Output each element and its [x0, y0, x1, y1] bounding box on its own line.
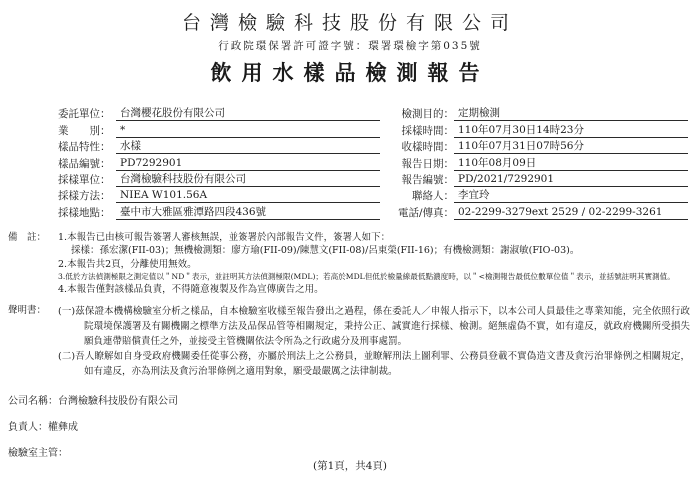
field-label: 樣品編號： — [58, 156, 116, 171]
signature-lab-manager: 檢驗室主管： — [8, 444, 700, 459]
report-header: 台灣檢驗科技股份有限公司 行政院環保署許可證字號：環署環檢字第035號 飲用水樣… — [0, 0, 700, 87]
field-sample-type: 樣品特性： 水樣 — [58, 138, 380, 154]
field-value: 臺中市大雅區雅潭路四段436號 — [116, 205, 380, 220]
field-label: 採樣時間： — [394, 123, 454, 138]
note-item-4: 4.本報告僅對該樣品負責，不得隨意複製及作為宣傳廣告之用。 — [58, 283, 690, 297]
field-client: 委託單位： 台灣櫻花股份有限公司 — [58, 105, 380, 121]
declaration-label: 聲明書： — [8, 304, 58, 379]
notes-section: 備 註： 1.本報告已由核可報告簽署人審核無誤，並簽署於內部報告文件，簽署人如下… — [0, 231, 700, 297]
field-value: 02-2299-3279ext 2529 / 02-2299-3261 — [454, 205, 688, 220]
field-label: 樣品特性： — [58, 139, 116, 154]
info-fields: 委託單位： 台灣櫻花股份有限公司 業 別： * 樣品特性： 水樣 樣品編號： P… — [0, 105, 700, 220]
field-value: 台灣櫻花股份有限公司 — [116, 106, 380, 121]
field-label: 報告日期： — [394, 156, 454, 171]
field-sampling-location: 採樣地點： 臺中市大雅區雅潭路四段436號 — [58, 203, 380, 219]
field-value: 李宜玲 — [454, 188, 688, 203]
field-sampling-unit: 採樣單位： 台灣檢驗科技股份有限公司 — [58, 171, 380, 187]
field-sampling-time: 採樣時間： 110年07月30日14時23分 — [394, 121, 688, 137]
field-label: 電話/傳真： — [394, 205, 454, 220]
signature-responsible-person: 負責人：權彝成 — [8, 418, 700, 433]
field-label: 報告編號： — [394, 172, 454, 187]
field-sampling-method: 採樣方法： NIEA W101.56A — [58, 187, 380, 203]
field-value: * — [116, 123, 380, 138]
note-item-1-signers: 採樣：孫宏潔(FII-03)；無機檢測類：廖方瑜(FII-09)/陳慧文(FII… — [58, 244, 690, 258]
field-sample-number: 樣品編號： PD7292901 — [58, 154, 380, 170]
field-label: 收樣時間： — [394, 139, 454, 154]
info-fields-right: 檢測目的： 定期檢測 採樣時間： 110年07月30日14時23分 收樣時間： … — [394, 105, 688, 220]
notes-label: 備 註： — [8, 231, 58, 297]
field-value: 110年07月30日14時23分 — [454, 123, 688, 138]
field-receiving-time: 收樣時間： 110年07月31日07時56分 — [394, 138, 688, 154]
company-name-title: 台灣檢驗科技股份有限公司 — [0, 8, 700, 35]
field-value: 定期檢測 — [454, 106, 688, 121]
field-label: 聯絡人： — [394, 188, 454, 203]
field-value: NIEA W101.56A — [116, 188, 380, 203]
field-label: 檢測目的： — [394, 106, 454, 121]
field-report-number: 報告編號： PD/2021/7292901 — [394, 171, 688, 187]
declaration-item-2: (二)吾人瞭解如自身受政府機關委任從事公務，亦屬於刑法上之公務員，並瞭解刑法上圖… — [58, 349, 690, 379]
field-phone-fax: 電話/傳真： 02-2299-3279ext 2529 / 02-2299-32… — [394, 203, 688, 219]
page-indicator: (第1頁，共4頁) — [0, 458, 700, 473]
field-value: PD7292901 — [116, 156, 380, 171]
field-label: 業 別： — [58, 123, 116, 138]
info-fields-left: 委託單位： 台灣櫻花股份有限公司 業 別： * 樣品特性： 水樣 樣品編號： P… — [58, 105, 380, 220]
field-value: PD/2021/7292901 — [454, 172, 688, 187]
field-industry: 業 別： * — [58, 121, 380, 137]
declaration-body: (一)茲保證本機構檢驗室分析之樣品，自本檢驗室收樣至報告發出之過程，係在委託人／… — [58, 304, 690, 379]
report-page: 台灣檢驗科技股份有限公司 行政院環保署許可證字號：環署環檢字第035號 飲用水樣… — [0, 0, 700, 487]
note-item-1: 1.本報告已由核可報告簽署人審核無誤，並簽署於內部報告文件，簽署人如下： — [58, 231, 690, 245]
signature-section: 公司名稱：台灣檢驗科技股份有限公司 負責人：權彝成 檢驗室主管： — [0, 392, 700, 459]
license-number: 行政院環保署許可證字號：環署環檢字第035號 — [0, 38, 700, 53]
field-test-purpose: 檢測目的： 定期檢測 — [394, 105, 688, 121]
note-item-3: 3.低於方法偵測極限之測定值以＂ND＂表示，並註明其方法偵測極限(MDL)；若高… — [58, 271, 690, 283]
note-item-2: 2.本報告共2頁，分離使用無效。 — [58, 258, 690, 272]
field-label: 採樣單位： — [58, 172, 116, 187]
declaration-section: 聲明書： (一)茲保證本機構檢驗室分析之樣品，自本檢驗室收樣至報告發出之過程，係… — [0, 304, 700, 379]
field-contact-person: 聯絡人： 李宜玲 — [394, 187, 688, 203]
field-report-date: 報告日期： 110年08月09日 — [394, 154, 688, 170]
field-value: 台灣檢驗科技股份有限公司 — [116, 172, 380, 187]
signature-company-name: 公司名稱：台灣檢驗科技股份有限公司 — [8, 392, 700, 407]
field-label: 委託單位： — [58, 106, 116, 121]
field-value: 110年07月31日07時56分 — [454, 139, 688, 154]
notes-body: 1.本報告已由核可報告簽署人審核無誤，並簽署於內部報告文件，簽署人如下： 採樣：… — [58, 231, 690, 297]
field-label: 採樣地點： — [58, 205, 116, 220]
field-value: 水樣 — [116, 139, 380, 154]
field-value: 110年08月09日 — [454, 156, 688, 171]
field-label: 採樣方法： — [58, 188, 116, 203]
report-title: 飲用水樣品檢測報告 — [0, 57, 700, 87]
declaration-item-1: (一)茲保證本機構檢驗室分析之樣品，自本檢驗室收樣至報告發出之過程，係在委託人／… — [58, 304, 690, 349]
